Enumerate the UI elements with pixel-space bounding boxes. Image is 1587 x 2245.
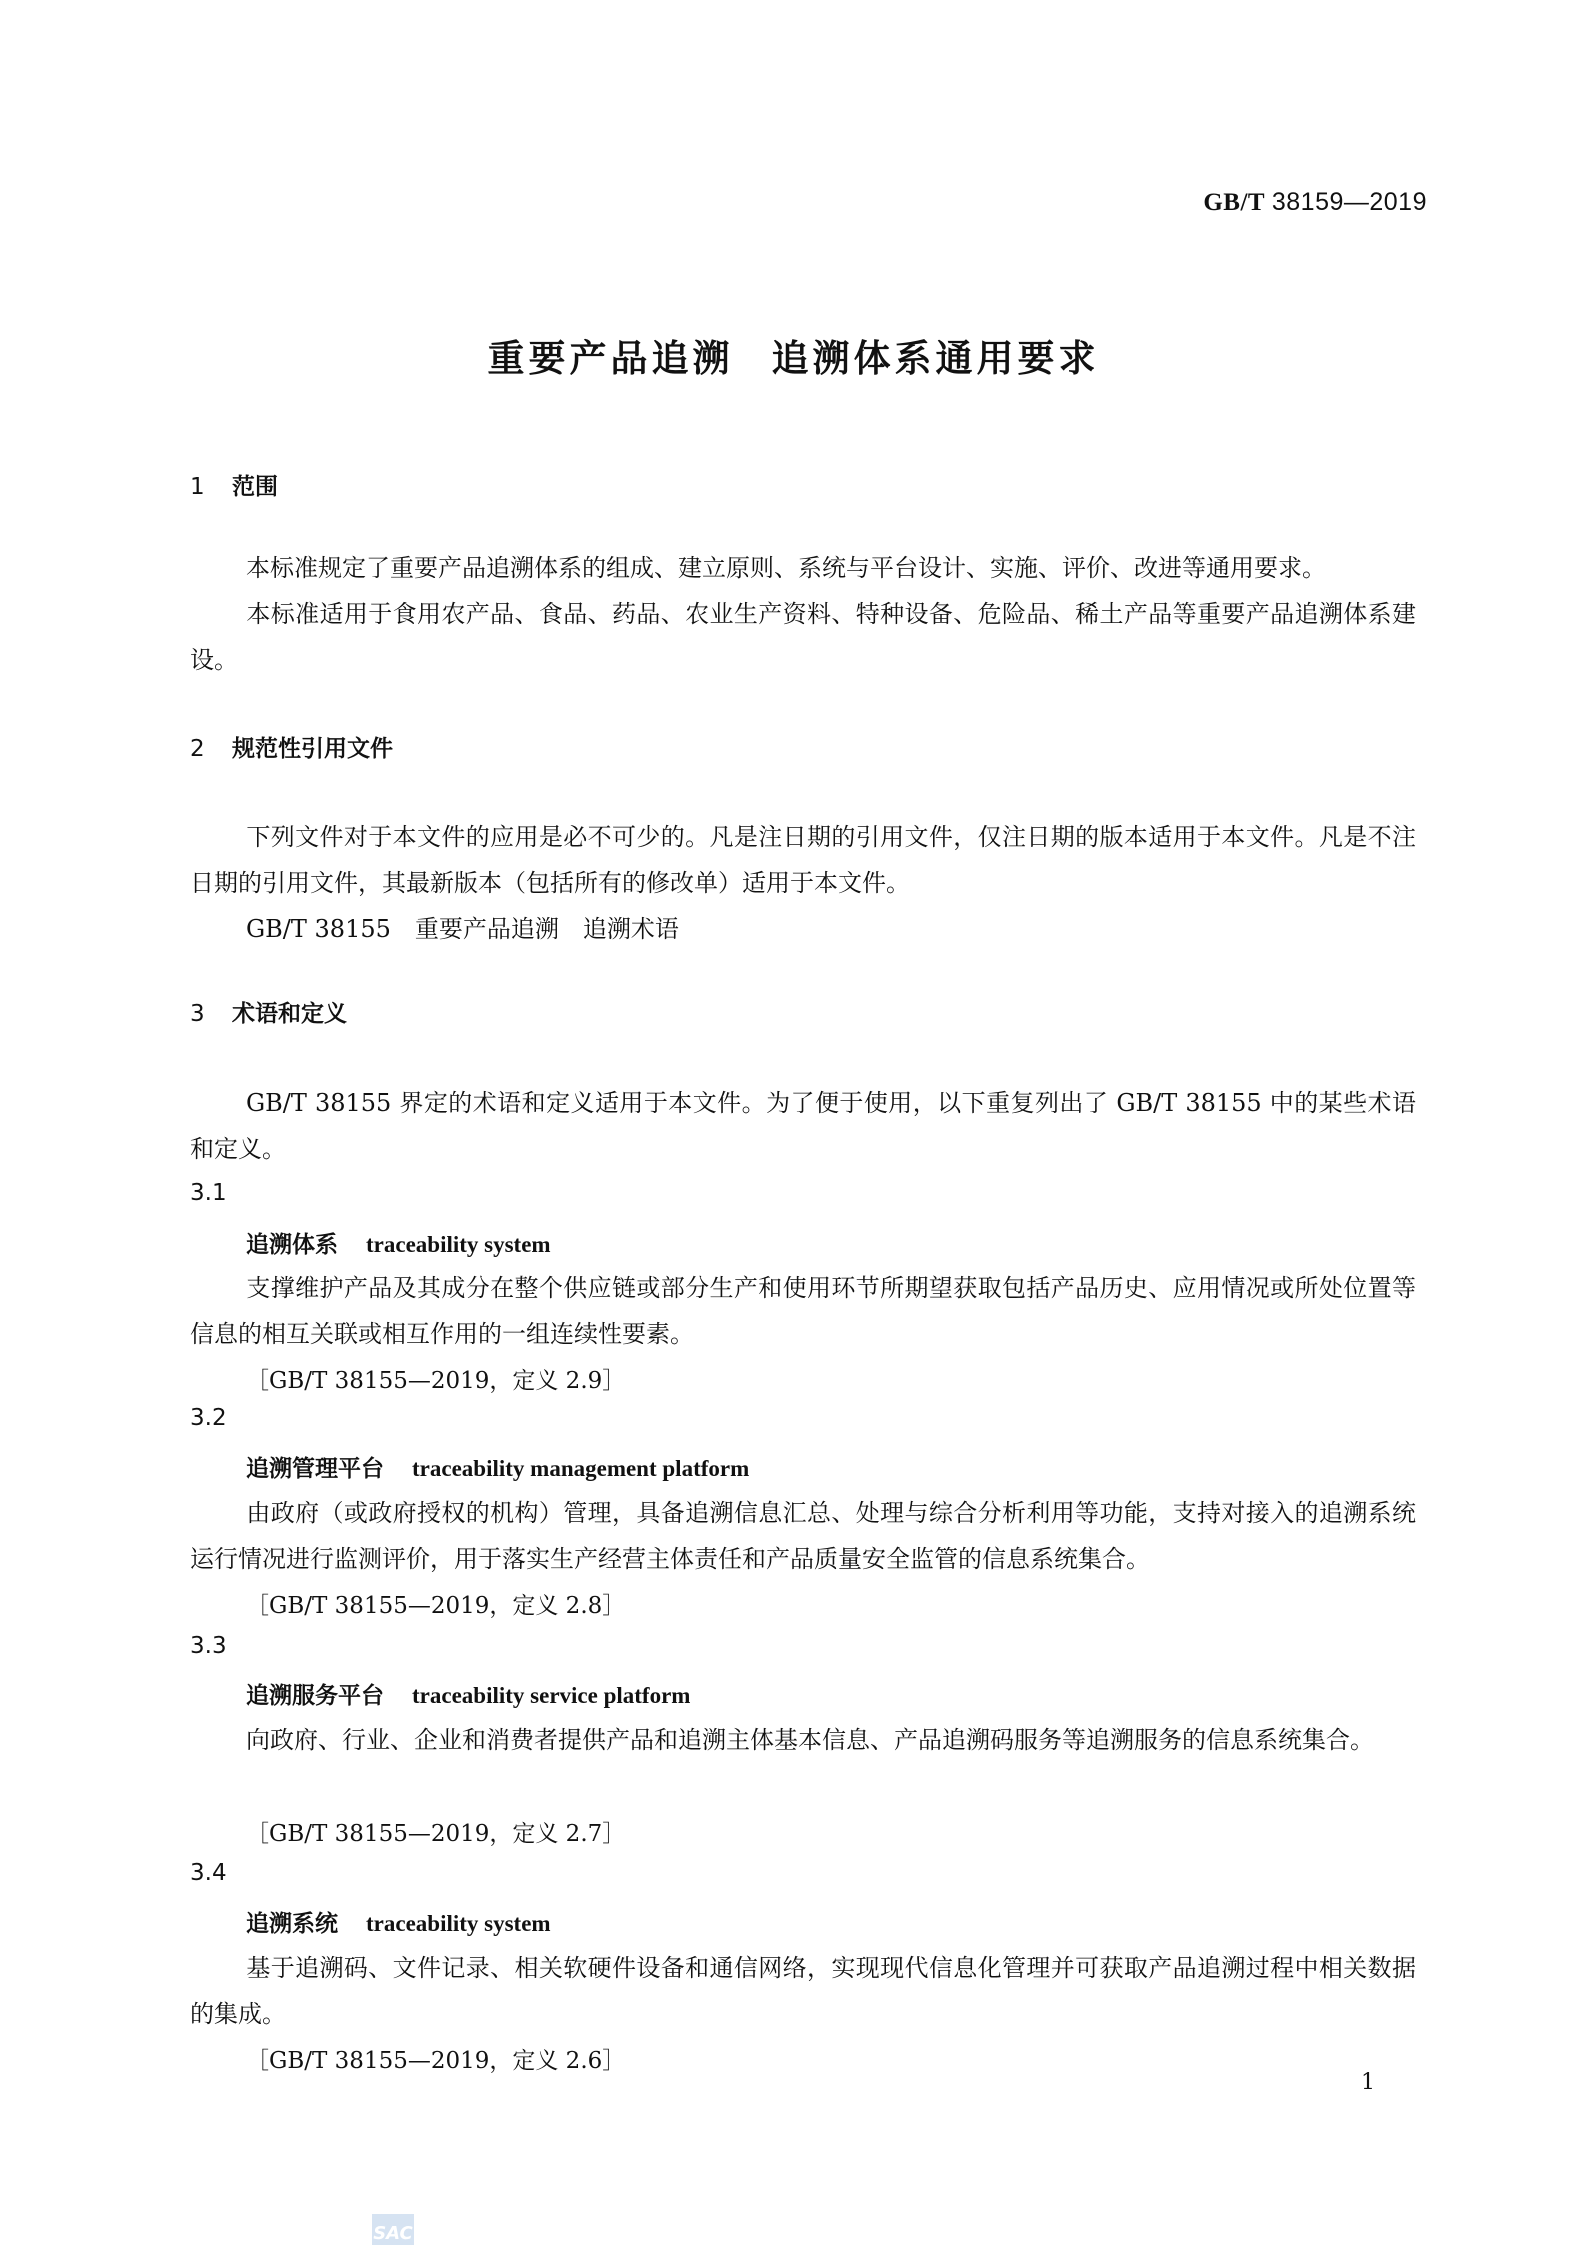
section-3-heading: 3术语和定义 xyxy=(190,995,347,1028)
title-part-2: 追溯体系通用要求 xyxy=(772,337,1100,380)
term-zh: 追溯服务平台 xyxy=(246,1683,384,1709)
term-source: ［GB/T 38155—2019，定义 2.9］ xyxy=(246,1362,625,1395)
term-source: ［GB/T 38155—2019，定义 2.6］ xyxy=(246,2042,625,2075)
sac-watermark-logo: SAC xyxy=(372,2214,414,2245)
term-definition: 向政府、行业、企业和消费者提供产品和追溯主体基本信息、产品追溯码服务等追溯服务的… xyxy=(190,1717,1416,1763)
section-1-heading: 1范围 xyxy=(190,468,278,501)
section-2-heading: 2规范性引用文件 xyxy=(190,730,393,763)
section-2-paragraph-1: 下列文件对于本文件的应用是必不可少的。凡是注日期的引用文件，仅注日期的版本适用于… xyxy=(190,814,1416,906)
normative-reference-item: GB/T 38155 重要产品追溯 追溯术语 xyxy=(190,906,1416,952)
term-en: traceability system xyxy=(366,1911,551,1936)
clause-number: 3.3 xyxy=(190,1633,227,1659)
section-1-paragraph-1: 本标准规定了重要产品追溯体系的组成、建立原则、系统与平台设计、实施、评价、改进等… xyxy=(190,545,1416,591)
standard-prefix: GB/T xyxy=(1203,189,1265,216)
term-heading: 追溯服务平台traceability service platform xyxy=(246,1677,690,1710)
term-source: ［GB/T 38155—2019，定义 2.7］ xyxy=(246,1815,625,1848)
document-title: 重要产品追溯追溯体系通用要求 xyxy=(0,328,1587,382)
term-heading: 追溯系统traceability system xyxy=(246,1905,551,1938)
term-en: traceability system xyxy=(366,1232,551,1257)
term-en: traceability service platform xyxy=(412,1683,690,1708)
term-zh: 追溯管理平台 xyxy=(246,1456,384,1482)
term-heading: 追溯体系traceability system xyxy=(246,1226,551,1259)
term-en: traceability management platform xyxy=(412,1456,749,1481)
term-heading: 追溯管理平台traceability management platform xyxy=(246,1450,749,1483)
section-1-paragraph-2: 本标准适用于食用农产品、食品、药品、农业生产资料、特种设备、危险品、稀土产品等重… xyxy=(190,591,1416,683)
title-part-1: 重要产品追溯 xyxy=(488,337,734,380)
clause-number: 3.4 xyxy=(190,1860,227,1886)
section-3-intro: GB/T 38155 界定的术语和定义适用于本文件。为了便于使用，以下重复列出了… xyxy=(190,1080,1416,1172)
term-zh: 追溯体系 xyxy=(246,1232,338,1258)
page-number: 1 xyxy=(1361,2070,1375,2095)
clause-number: 3.2 xyxy=(190,1405,227,1431)
standard-number: GB/T 38159—2019 xyxy=(1203,188,1427,217)
term-definition: 基于追溯码、文件记录、相关软硬件设备和通信网络，实现现代信息化管理并可获取产品追… xyxy=(190,1945,1416,2037)
term-definition: 支撑维护产品及其成分在整个供应链或部分生产和使用环节所期望获取包括产品历史、应用… xyxy=(190,1265,1416,1357)
term-definition: 由政府（或政府授权的机构）管理，具备追溯信息汇总、处理与综合分析利用等功能，支持… xyxy=(190,1490,1416,1582)
clause-number: 3.1 xyxy=(190,1180,227,1206)
standard-code: 38159—2019 xyxy=(1272,188,1427,216)
term-source: ［GB/T 38155—2019，定义 2.8］ xyxy=(246,1587,625,1620)
term-zh: 追溯系统 xyxy=(246,1911,338,1937)
